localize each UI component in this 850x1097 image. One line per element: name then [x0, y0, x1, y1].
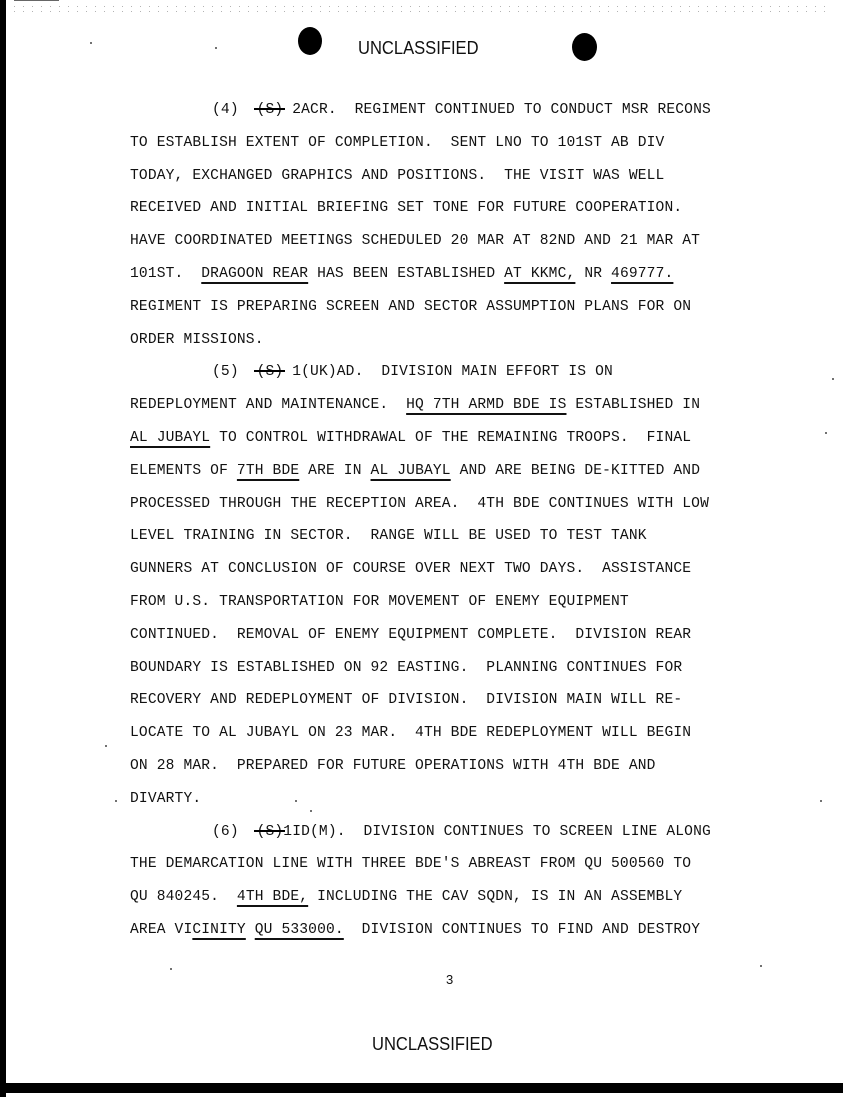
text-segment: NR — [575, 266, 611, 282]
scan-speck — [832, 378, 834, 380]
text-segment: AREA VI — [130, 922, 192, 938]
text-line: 101ST. DRAGOON REAR HAS BEEN ESTABLISHED… — [130, 262, 810, 295]
text-segment: HAS BEEN ESTABLISHED — [308, 266, 504, 282]
text-line: THE DEMARCATION LINE WITH THREE BDE'S AB… — [130, 852, 810, 885]
text-segment: 101ST. — [130, 266, 201, 282]
text-segment: INCLUDING THE CAV SQDN, IS IN AN ASSEMBL… — [308, 889, 682, 905]
text-line: ORDER MISSIONS. — [130, 328, 810, 361]
paragraph-5-heading-line: (5) (S) 1(UK)AD. DIVISION MAIN EFFORT IS… — [130, 360, 810, 393]
underlined-text: 7TH BDE — [237, 463, 299, 479]
classification-footer: UNCLASSIFIED — [372, 1034, 493, 1055]
document-body: (4) (S) 2ACR. REGIMENT CONTINUED TO COND… — [130, 98, 810, 951]
underlined-text: DRAGOON REAR — [201, 266, 308, 282]
text-line: CONTINUED. REMOVAL OF ENEMY EQUIPMENT CO… — [130, 623, 810, 656]
text-line: RECEIVED AND INITIAL BRIEFING SET TONE F… — [130, 196, 810, 229]
classification-header: UNCLASSIFIED — [358, 38, 479, 59]
text-segment: ESTABLISHED IN — [566, 397, 700, 413]
paragraph-number: (5) — [212, 364, 239, 380]
text-segment: DIVISION CONTINUES TO FIND AND DESTROY — [344, 922, 700, 938]
struck-classification-marking: (S) — [257, 820, 284, 844]
text-segment: TO CONTROL WITHDRAWAL OF THE REMAINING T… — [210, 430, 691, 446]
page-number: 3 — [446, 972, 453, 987]
scan-speck — [295, 800, 297, 802]
scan-noise-top — [10, 4, 830, 14]
underlined-text: CINITY — [192, 922, 245, 938]
scan-speck — [105, 745, 107, 747]
punch-hole-left — [298, 27, 322, 55]
scan-artifact-line — [14, 0, 59, 1]
text-line: QU 840245. 4TH BDE, INCLUDING THE CAV SQ… — [130, 885, 810, 918]
scan-border-bottom — [0, 1083, 843, 1093]
text-line: AREA VICINITY QU 533000. DIVISION CONTIN… — [130, 918, 810, 951]
text-line: TO ESTABLISH EXTENT OF COMPLETION. SENT … — [130, 131, 810, 164]
text-line: GUNNERS AT CONCLUSION OF COURSE OVER NEX… — [130, 557, 810, 590]
text-line: HAVE COORDINATED MEETINGS SCHEDULED 20 M… — [130, 229, 810, 262]
scan-speck — [170, 968, 172, 970]
text-line: BOUNDARY IS ESTABLISHED ON 92 EASTING. P… — [130, 656, 810, 689]
unit-name: 1ID(M). — [283, 824, 345, 840]
scan-speck — [115, 800, 117, 802]
scan-speck — [215, 47, 217, 49]
scan-speck — [310, 810, 312, 812]
underlined-text: AL JUBAYL — [130, 430, 210, 446]
paragraph-4-heading-line: (4) (S) 2ACR. REGIMENT CONTINUED TO COND… — [130, 98, 810, 131]
text-line: ELEMENTS OF 7TH BDE ARE IN AL JUBAYL AND… — [130, 459, 810, 492]
underlined-text: HQ 7TH ARMD BDE IS — [406, 397, 566, 413]
text-line: REDEPLOYMENT AND MAINTENANCE. HQ 7TH ARM… — [130, 393, 810, 426]
scan-border-left — [0, 0, 6, 1097]
scan-speck — [760, 965, 762, 967]
text-line: AL JUBAYL TO CONTROL WITHDRAWAL OF THE R… — [130, 426, 810, 459]
unit-name: 2ACR. — [292, 102, 337, 118]
text-line: REGIMENT CONTINUED TO CONDUCT MSR RECONS — [355, 102, 711, 118]
text-line: LOCATE TO AL JUBAYL ON 23 MAR. 4TH BDE R… — [130, 721, 810, 754]
underlined-text: AT KKMC, — [504, 266, 575, 282]
text-line: DIVISION CONTINUES TO SCREEN LINE ALONG — [363, 824, 710, 840]
text-line: LEVEL TRAINING IN SECTOR. RANGE WILL BE … — [130, 524, 810, 557]
text-line: RECOVERY AND REDEPLOYMENT OF DIVISION. D… — [130, 688, 810, 721]
paragraph-number: (4) — [212, 102, 239, 118]
text-line: PROCESSED THROUGH THE RECEPTION AREA. 4T… — [130, 492, 810, 525]
text-line: ON 28 MAR. PREPARED FOR FUTURE OPERATION… — [130, 754, 810, 787]
text-line: DIVARTY. — [130, 787, 810, 820]
underlined-text: 469777. — [611, 266, 673, 282]
punch-hole-right — [572, 33, 597, 61]
text-line: DIVISION MAIN EFFORT IS ON — [381, 364, 613, 380]
scan-speck — [90, 42, 92, 44]
scan-speck — [820, 800, 822, 802]
text-segment: AND ARE BEING DE-KITTED AND — [451, 463, 700, 479]
text-segment: ARE IN — [299, 463, 370, 479]
text-line: FROM U.S. TRANSPORTATION FOR MOVEMENT OF… — [130, 590, 810, 623]
underlined-text: 4TH BDE, — [237, 889, 308, 905]
text-line: REGIMENT IS PREPARING SCREEN AND SECTOR … — [130, 295, 810, 328]
struck-classification-marking: (S) — [257, 360, 284, 384]
text-line: TODAY, EXCHANGED GRAPHICS AND POSITIONS.… — [130, 164, 810, 197]
underlined-text: AL JUBAYL — [371, 463, 451, 479]
text-segment — [246, 922, 255, 938]
text-segment: REDEPLOYMENT AND MAINTENANCE. — [130, 397, 406, 413]
text-segment: QU 840245. — [130, 889, 237, 905]
text-segment: ELEMENTS OF — [130, 463, 237, 479]
paragraph-number: (6) — [212, 824, 239, 840]
underlined-text: QU 533000. — [255, 922, 344, 938]
struck-classification-marking: (S) — [257, 98, 284, 122]
unit-name: 1(UK)AD. — [292, 364, 363, 380]
paragraph-6-heading-line: (6) (S)1ID(M). DIVISION CONTINUES TO SCR… — [130, 820, 810, 853]
scan-speck — [825, 432, 827, 434]
